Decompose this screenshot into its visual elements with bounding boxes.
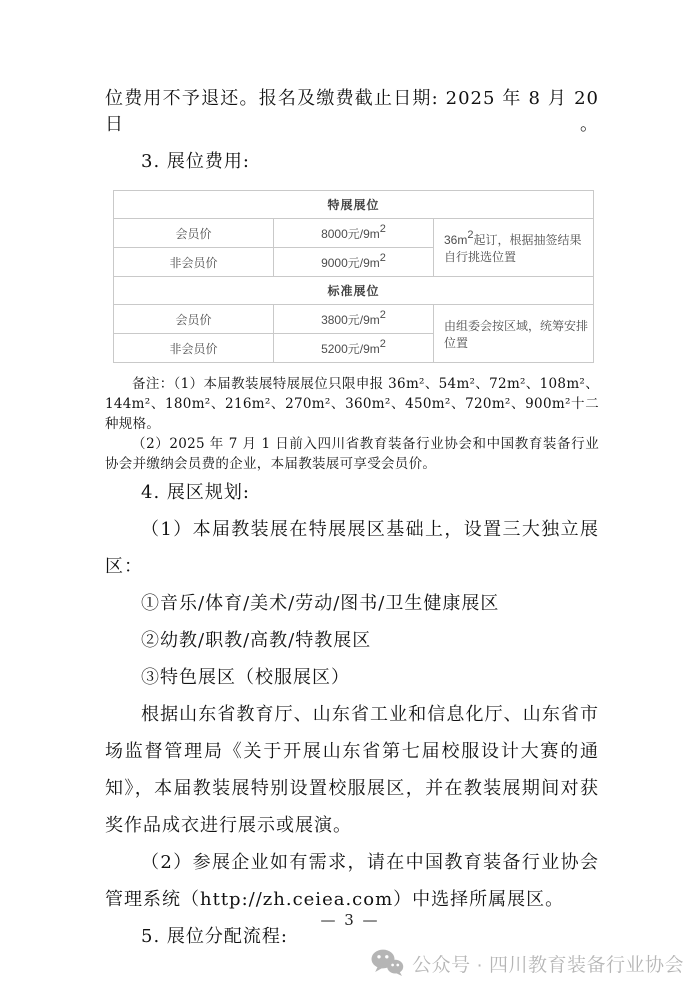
watermark-text: 公众号 · 四川教育装备行业协会 [412,950,684,977]
standard-booth-header: 标准展位 [114,277,594,305]
price-text: 9000元/9m [321,256,380,270]
price-cell: 8000元/9m2 [274,219,434,248]
note-paragraph-2: （2）2025 年 7 月 1 日前入四川省教育装备行业协会和中国教育装备行业协… [105,434,599,474]
note-prefix: 36m [444,233,467,247]
superscript-2: 2 [467,229,473,241]
table-section-header-row: 特展展位 [114,191,594,219]
price-type-cell: 非会员价 [114,334,274,363]
superscript-2: 2 [380,223,386,235]
table-row: 会员价 8000元/9m2 36m2起订，根据抽签结果自行挑选位置 [114,219,594,248]
document-page: 位费用不予退还。报名及缴费截止日期: 2025 年 8 月 20 日。 3. 展… [0,0,700,990]
wechat-icon [371,949,404,977]
price-text: 5200元/9m [321,342,380,356]
superscript-2: 2 [380,309,386,321]
note-paragraph-1: 备注：（1）本届教装展特展展位只限申报 36m²、54m²、72m²、108m²… [105,374,599,434]
table-section-header-row: 标准展位 [114,277,594,305]
table-row: 会员价 3800元/9m2 由组委会按区域，统筹安排位置 [114,305,594,334]
price-text: 3800元/9m [321,313,380,327]
price-type-cell: 非会员价 [114,248,274,277]
section-4-paragraph-1: （1）本届教装展在特展展区基础上，设置三大独立展区： [105,511,599,585]
section-4-paragraph-2: 根据山东省教育厅、山东省工业和信息化厅、山东省市场监督管理局《关于开展山东省第七… [105,696,599,844]
zone-item-2: ②幼教/职教/高教/特教展区 [105,622,599,659]
section-3-heading: 3. 展位费用: [105,148,599,176]
note-cell: 由组委会按区域，统筹安排位置 [434,305,594,363]
superscript-2: 2 [380,252,386,264]
price-cell: 9000元/9m2 [274,248,434,277]
price-text: 8000元/9m [321,227,380,241]
section-4-heading: 4. 展区规划: [105,474,599,511]
price-type-cell: 会员价 [114,219,274,248]
page-number: — 3 — [0,911,700,929]
price-cell: 3800元/9m2 [274,305,434,334]
notes-block: 备注：（1）本届教装展特展展位只限申报 36m²、54m²、72m²、108m²… [105,374,599,474]
paragraph-continuation: 位费用不予退还。报名及缴费截止日期: 2025 年 8 月 20 日。 [105,86,599,138]
note-text: 由组委会按区域，统筹安排位置 [444,319,588,350]
price-cell: 5200元/9m2 [274,334,434,363]
zone-item-3: ③特色展区（校服展区） [105,659,599,696]
watermark: 公众号 · 四川教育装备行业协会 [371,949,684,977]
zone-item-1: ①音乐/体育/美术/劳动/图书/卫生健康展区 [105,585,599,622]
section-4-paragraph-3: （2）参展企业如有需求，请在中国教育装备行业协会管理系统（http://zh.c… [105,844,599,918]
special-booth-header: 特展展位 [114,191,594,219]
superscript-2: 2 [380,338,386,350]
document-content: 位费用不予退还。报名及缴费截止日期: 2025 年 8 月 20 日。 3. 展… [0,0,700,955]
booth-fee-table: 特展展位 会员价 8000元/9m2 36m2起订，根据抽签结果自行挑选位置 非… [113,190,594,363]
price-type-cell: 会员价 [114,305,274,334]
note-cell: 36m2起订，根据抽签结果自行挑选位置 [434,219,594,277]
